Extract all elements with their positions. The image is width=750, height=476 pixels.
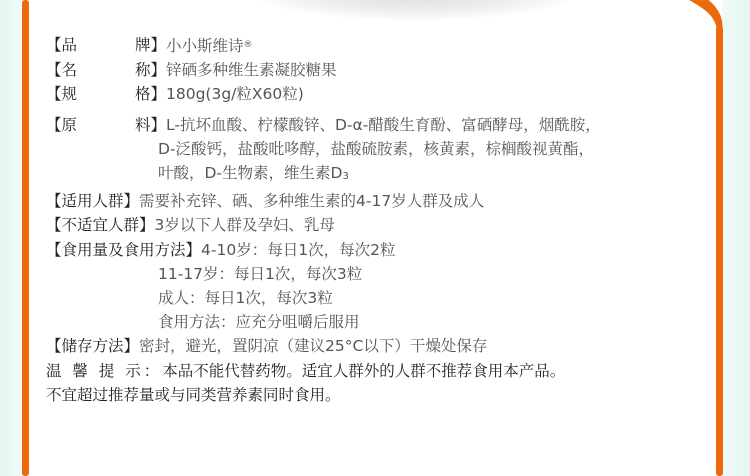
spec-row-name: 【名 称】 锌硒多种维生素凝胶糖果 (46, 58, 711, 82)
left-orange-border (22, 0, 29, 476)
registered-mark: ® (244, 40, 253, 50)
bracket-close: 】 (186, 238, 202, 262)
label-char: 名 (62, 61, 78, 79)
spec-value-dosage-line4: 食用方法：应充分咀嚼后服用 (46, 310, 711, 334)
spec-label-name: 【名 称】 (46, 58, 166, 82)
spec-row-size: 【规 格】 180g(3g/粒X60粒) (46, 82, 711, 106)
bracket-open: 【 (46, 238, 62, 262)
spec-value-suitable: 需要补充锌、硒、多种维生素的4-17岁人群及成人 (139, 189, 484, 213)
ingredients-line3-text: 叶酸，D-生物素，维生素D (158, 164, 342, 182)
label-char: 规 (62, 85, 78, 103)
vitamin-d-subscript: 3 (342, 171, 348, 182)
top-shadow-decoration (250, 0, 580, 20)
spec-label-unsuitable: 【不适宜人群】 (46, 213, 155, 237)
spec-value-dosage-line2: 11-17岁：每日1次，每次3粒 (46, 262, 711, 286)
spec-label-dosage: 【食用量及食用方法】 (46, 238, 201, 262)
spec-value-unsuitable: 3岁以下人群及孕妇、乳母 (155, 213, 335, 237)
spec-row-ingredients: 【原 料】 L-抗坏血酸、柠檬酸锌、D-α-醋酸生育酚、富硒酵母，烟酰胺， (46, 113, 711, 137)
right-mint-background (722, 0, 750, 476)
spec-label-size: 【规 格】 (46, 82, 166, 106)
right-orange-border (716, 26, 723, 476)
spec-value-ingredients-line3: 叶酸，D-生物素，维生素D3 (46, 161, 711, 189)
bracket-open: 【 (46, 334, 62, 358)
bracket-close: 】 (150, 61, 166, 79)
bracket-close: 】 (150, 116, 166, 134)
warm-tip-label: 温 馨 提 示： (46, 362, 162, 380)
label-char: 品 (62, 36, 78, 54)
label-char: 原 (62, 116, 78, 134)
label-text: 适用人群 (62, 189, 124, 213)
label-char: 格 (135, 85, 151, 103)
label-text: 不适宜人群 (62, 213, 140, 237)
spec-row-storage: 【储存方法】 密封，避光，置阴凉（建议25°C以下）干燥处保存 (46, 334, 711, 358)
warm-tip-line2: 不宜超过推荐量或与同类营养素同时食用。 (46, 383, 711, 407)
bracket-close: 】 (150, 85, 166, 103)
bracket-open: 【 (46, 61, 62, 79)
spec-label-ingredients: 【原 料】 (46, 113, 166, 137)
label-char: 称 (135, 61, 151, 79)
spec-row-suitable: 【适用人群】 需要补充锌、硒、多种维生素的4-17岁人群及成人 (46, 189, 711, 213)
bracket-open: 【 (46, 36, 62, 54)
spec-row-dosage: 【食用量及食用方法】 4-10岁：每日1次，每次2粒 (46, 238, 711, 262)
spec-value-ingredients-line1: L-抗坏血酸、柠檬酸锌、D-α-醋酸生育酚、富硒酵母，烟酰胺， (166, 113, 601, 137)
spec-row-unsuitable: 【不适宜人群】 3岁以下人群及孕妇、乳母 (46, 213, 711, 237)
spec-label-suitable: 【适用人群】 (46, 189, 139, 213)
brand-name: 小小斯维诗 (166, 37, 244, 55)
spec-value-brand: 小小斯维诗® (166, 33, 253, 58)
warm-tip: 温 馨 提 示：本品不能代替药物。适宜人群外的人群不推荐食用本产品。 (46, 359, 711, 383)
spec-row-brand: 【品 牌】 小小斯维诗® (46, 33, 711, 58)
left-mint-background (0, 0, 24, 476)
spec-value-dosage-line3: 成人：每日1次，每次3粒 (46, 286, 711, 310)
bracket-open: 【 (46, 189, 62, 213)
spec-value-name: 锌硒多种维生素凝胶糖果 (166, 58, 337, 82)
warm-tip-line1: 本品不能代替药物。适宜人群外的人群不推荐食用本产品。 (162, 362, 565, 380)
spec-label-brand: 【品 牌】 (46, 33, 166, 58)
label-char: 牌 (135, 36, 151, 54)
bracket-close: 】 (124, 189, 140, 213)
spec-label-storage: 【储存方法】 (46, 334, 139, 358)
spec-value-size: 180g(3g/粒X60粒) (166, 82, 304, 106)
spec-value-storage: 密封，避光，置阴凉（建议25°C以下）干燥处保存 (139, 334, 487, 358)
bracket-open: 【 (46, 213, 62, 237)
bracket-close: 】 (139, 213, 155, 237)
bracket-close: 】 (124, 334, 140, 358)
bracket-open: 【 (46, 116, 62, 134)
label-text: 食用量及食用方法 (62, 238, 186, 262)
bracket-close: 】 (150, 36, 166, 54)
label-text: 储存方法 (62, 334, 124, 358)
bracket-open: 【 (46, 85, 62, 103)
spec-value-ingredients-line2: D-泛酸钙，盐酸吡哆醇，盐酸硫胺素，核黄素，棕榈酸视黄酯， (46, 137, 711, 161)
label-char: 料 (135, 116, 151, 134)
spec-value-dosage-line1: 4-10岁：每日1次，每次2粒 (201, 238, 395, 262)
product-spec-sheet: 【品 牌】 小小斯维诗® 【名 称】 锌硒多种维生素凝胶糖果 【规 格】 180… (46, 33, 711, 407)
